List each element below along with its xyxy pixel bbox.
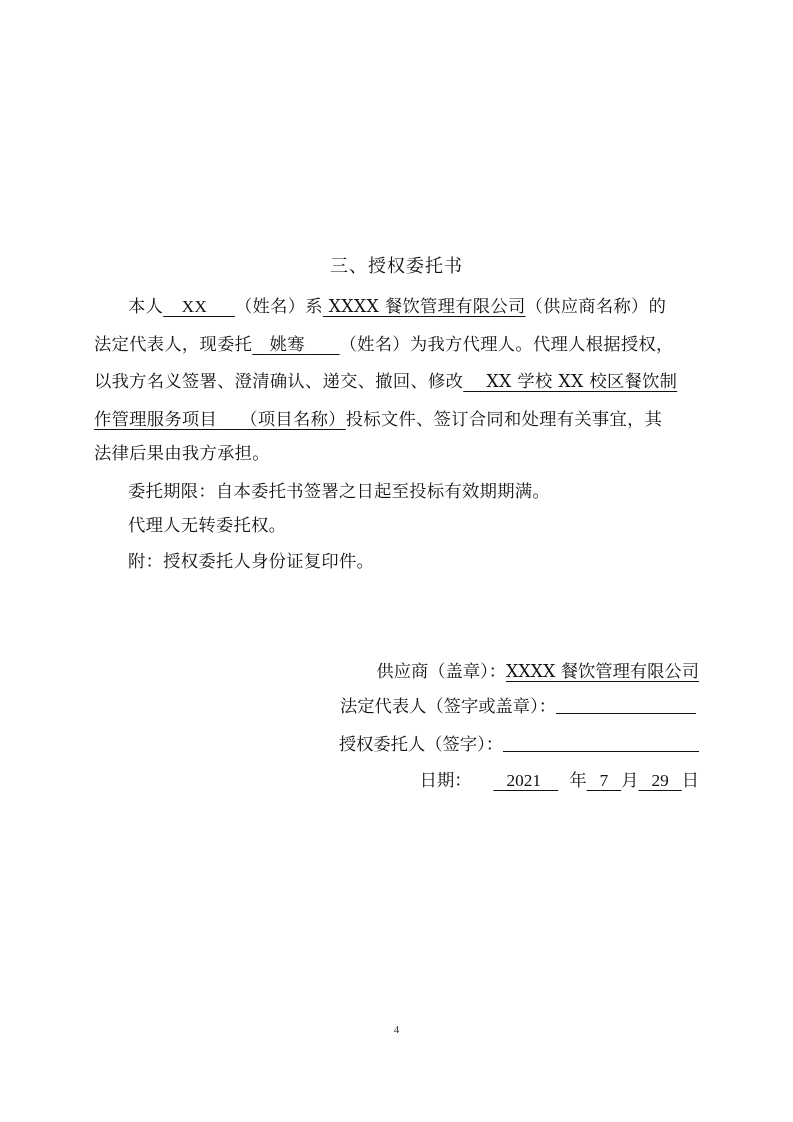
attachment-text: 附：授权委托人身份证复印件。 (128, 550, 734, 574)
text: （供应商名称）的 (526, 297, 667, 317)
paragraph-line-3: 以我方名义签署、澄清确认、递交、撤回、修改 XX 学校 XX 校区餐饮制 (94, 370, 700, 394)
principal-name-field: XX (163, 297, 235, 316)
no-transfer-text: 代理人无转委托权。 (128, 514, 734, 538)
text: （姓名）系 (235, 297, 323, 317)
text: 本人 (128, 297, 163, 317)
agent-signature-blank (503, 733, 699, 752)
paragraph-line-2: 法定代表人，现委托 姚骞 （姓名）为我方代理人。代理人根据授权， (94, 333, 700, 357)
agent-signature-line: 授权委托人（签字）： (339, 733, 699, 757)
date-line: 日期： 2021 年 7 月 29 日 (420, 769, 699, 793)
date-year-field: 2021 (494, 771, 559, 790)
term-text: 委托期限：自本委托书签署之日起至投标有效期期满。 (128, 480, 734, 504)
date-month-field: 7 (587, 771, 622, 790)
supplier-stamp-value: XXXX 餐饮管理有限公司 (506, 662, 699, 682)
paragraph-line-5: 法律后果由我方承担。 (94, 442, 700, 466)
agent-name-field: 姚骞 (252, 335, 339, 355)
legal-rep-signature-blank (556, 695, 696, 714)
supplier-name-field: XXXX 餐饮管理有限公司 (323, 297, 526, 317)
project-name-field-cont: 作管理服务项目 （项目名称） (94, 410, 346, 430)
supplier-signature-line: 供应商（盖章）：XXXX 餐饮管理有限公司 (376, 660, 699, 684)
paragraph-line-1: 本人 XX （姓名）系 XXXX 餐饮管理有限公司（供应商名称）的 (94, 295, 700, 319)
paragraph-line-4: 作管理服务项目 （项目名称）投标文件、签订合同和处理有关事宜，其 (94, 408, 700, 432)
document-title: 三、授权委托书 (0, 252, 793, 278)
legal-rep-signature-line: 法定代表人（签字或盖章）： (340, 695, 696, 719)
date-day-field: 29 (638, 771, 681, 790)
project-name-field: XX 学校 XX 校区餐饮制 (463, 372, 677, 392)
page-number: 4 (0, 1024, 793, 1036)
document-page: 三、授权委托书 本人 XX （姓名）系 XXXX 餐饮管理有限公司（供应商名称）… (0, 0, 793, 1122)
